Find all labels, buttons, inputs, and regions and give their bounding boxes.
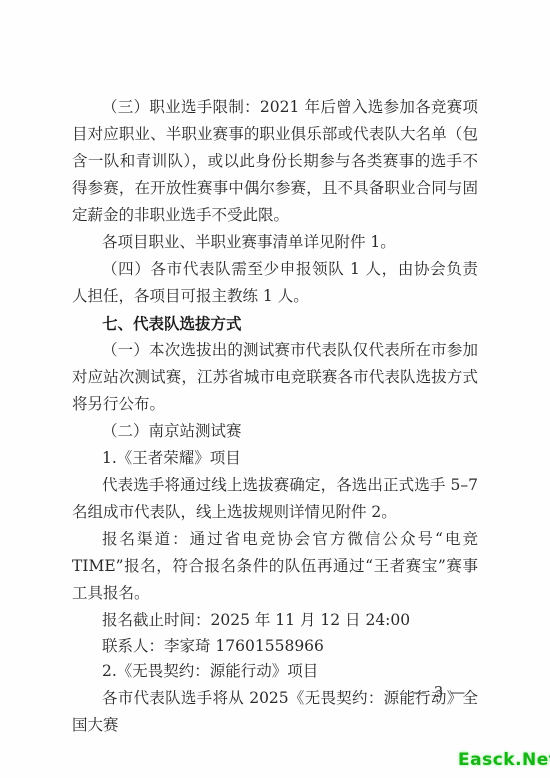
- paragraph-professional-player-restriction: （三）职业选手限制：2021 年后曾入选参加各竞赛项目对应职业、半职业赛事的职业…: [72, 94, 478, 229]
- paragraph-selection-scope: （一）本次选拔出的测试赛市代表队仅代表所在市参加对应站次测试赛，江苏省城市电竞联…: [72, 337, 478, 418]
- item-honor-of-kings: 1.《王者荣耀》项目: [72, 445, 478, 472]
- document-page: （三）职业选手限制：2021 年后曾入选参加各竞赛项目对应职业、半职业赛事的职业…: [0, 0, 550, 778]
- paragraph-online-selection: 代表选手将通过线上选拔赛确定，各选出正式选手 5–7 名组成市代表队，线上选拔规…: [72, 472, 478, 526]
- paragraph-registration-deadline: 报名截止时间：2025 年 11 月 12 日 24:00: [72, 607, 478, 634]
- site-watermark: Easck.Net: [458, 750, 550, 770]
- item-valorant-mobile: 2.《无畏契约：源能行动》项目: [72, 658, 478, 685]
- subheading-nanjing-test: （二）南京站测试赛: [72, 418, 478, 445]
- paragraph-contact-person: 联系人：李家琦 17601558966: [72, 634, 478, 658]
- section-heading-selection-method: 七、代表队选拔方式: [72, 310, 478, 337]
- page-number: — 3 —: [412, 683, 466, 701]
- paragraph-registration-channel: 报名渠道：通过省电竞协会官方微信公众号“电竞 TIME”报名，符合报名条件的队伍…: [72, 526, 478, 607]
- paragraph-event-list-note: 各项目职业、半职业赛事清单详见附件 1。: [72, 229, 478, 256]
- document-body: （三）职业选手限制：2021 年后曾入选参加各竞赛项目对应职业、半职业赛事的职业…: [72, 94, 478, 739]
- paragraph-team-leader-requirement: （四）各市代表队需至少申报领队 1 人，由协会负责人担任，各项目可报主教练 1 …: [72, 256, 478, 310]
